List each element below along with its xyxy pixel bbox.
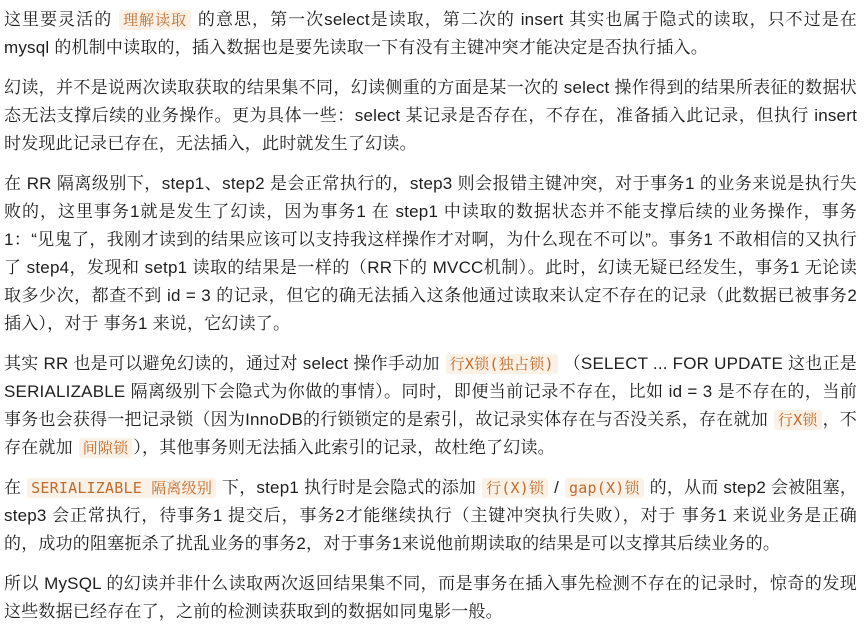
text-run: 其实 RR 也是可以避免幻读的，通过对 select 操作手动加 (4, 354, 445, 373)
inline-code: 理解读取 (119, 10, 191, 30)
text-run: 下，step1 执行时是会隐式的添加 (217, 478, 481, 497)
inline-code: 行X锁 (774, 410, 822, 430)
text-run: 在 RR 隔离级别下，step1、step2 是会正常执行的，step3 则会报… (4, 174, 857, 333)
inline-code: 行X锁(独占锁) (446, 354, 558, 374)
paragraph: 其实 RR 也是可以避免幻读的，通过对 select 操作手动加 行X锁(独占锁… (4, 350, 857, 462)
inline-code: 行(X)锁 (482, 478, 548, 498)
paragraph: 这里要灵活的 理解读取 的意思，第一次select是读取，第二次的 insert… (4, 6, 857, 62)
paragraph: 所以 MySQL 的幻读并非什么读取两次返回结果集不同，而是事务在插入事先检测不… (4, 570, 857, 626)
inline-code: gap(X)锁 (565, 478, 644, 498)
text-run: 这里要灵活的 (4, 10, 118, 29)
text-run: ），其他事务则无法插入此索引的记录，故杜绝了幻读。 (133, 438, 555, 457)
paragraph: 在 SERIALIZABLE 隔离级别 下，step1 执行时是会隐式的添加 行… (4, 474, 857, 558)
text-run: 所以 MySQL 的幻读并非什么读取两次返回结果集不同，而是事务在插入事先检测不… (4, 574, 857, 621)
text-run: 在 (4, 478, 26, 497)
inline-code: 间隙锁 (79, 438, 133, 458)
article-body: 这里要灵活的 理解读取 的意思，第一次select是读取，第二次的 insert… (0, 0, 865, 626)
paragraph: 在 RR 隔离级别下，step1、step2 是会正常执行的，step3 则会报… (4, 170, 857, 338)
text-run: / (549, 478, 564, 497)
inline-code: SERIALIZABLE 隔离级别 (27, 478, 216, 498)
text-run: 幻读，并不是说两次读取获取的结果集不同，幻读侧重的方面是某一次的 select … (4, 78, 857, 153)
paragraph: 幻读，并不是说两次读取获取的结果集不同，幻读侧重的方面是某一次的 select … (4, 74, 857, 158)
